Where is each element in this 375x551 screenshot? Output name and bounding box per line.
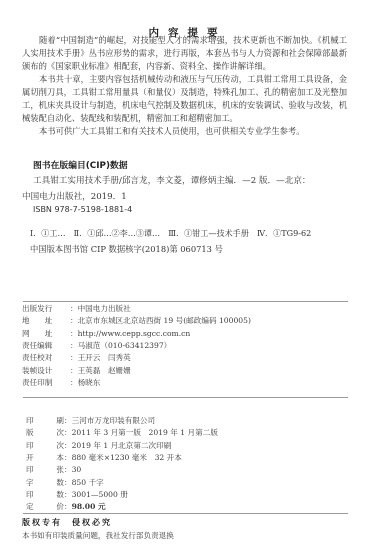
sheets-value: 30 [72,465,82,474]
word-count-value: 850 千字 [72,478,104,487]
print-supervisor-row: 责任印制：杨晓东 [22,377,100,388]
print-run-row: 印数：3001—5000 册 [26,489,128,500]
printer-row: 印刷：三河市万龙印装有限公司 [26,415,155,426]
sheets-label: 印张 [26,464,64,475]
summary-paragraph-2: 本书共十章，主要内容包括机械传动和液压与气压传动，工具钳工常用工具设备，金属切削… [22,73,347,125]
price-label: 定价 [26,501,64,512]
divider-print-info [23,397,348,398]
edition-row: 版次：2011 年 3 月第一版 2019 年 1 月第二版 [26,427,218,438]
divider-copyright [23,513,348,514]
proofreader-value: 王开云 闫秀英 [78,353,131,362]
format-value: 880 毫米×1230 毫米 32 开本 [72,453,182,462]
designer-row: 装帧设计：王英磊 赵姗姗 [22,365,131,376]
edition-value: 2011 年 3 月第一版 2019 年 1 月第二版 [72,428,218,437]
website-label: 网 址 [22,328,70,339]
publisher-row: 出版发行：中国电力出版社 [22,303,131,314]
address-row: 地 址：北京市东城区北京站西街 19 号(邮政编码 100005) [22,315,251,326]
cip-record-number: 中国版本图书馆 CIP 数据核字(2018)第 060713 号 [30,243,223,255]
cip-line-2: 中国电力出版社，2019．1 [22,190,127,202]
sheets-row: 印张：30 [26,464,81,475]
editor-value: 马淑范（010-63412397） [78,341,172,350]
price-row: 定价：98.00 元 [26,501,106,512]
cip-classification: Ⅰ．①工… Ⅱ．①邱…②李…③谭… Ⅲ．①钳工—技术手册 Ⅳ．①TG9-62 [30,228,311,239]
printer-value: 三河市万龙印装有限公司 [72,416,156,425]
summary-paragraph-1: 随着“中国制造”的崛起，对技能型人才的需求增强，技术更新也不断加快。《机械工人实… [22,34,347,73]
copyright-heading: 版权专有 侵权必究 [22,517,112,528]
print-supervisor-value: 杨晓东 [78,378,101,387]
editor-row: 责任编辑：马淑范（010-63412397） [22,340,171,351]
printing-label: 印次 [26,440,64,451]
cip-line-1: 工具钳工实用技术手册/邱言龙，李文菱，谭修炳主编．—2 版．—北京： [33,174,311,186]
address-label: 地 址 [22,315,70,326]
copyright-note: 本书如有印装质量问题，我社发行部负责退换 [22,530,174,541]
proofreader-label: 责任校对 [22,352,70,363]
website-value: http://www.cepp.sgcc.com.cn [78,329,191,338]
cip-isbn: ISBN 978-7-5198-1881-4 [33,205,132,214]
edition-label: 版次 [26,427,64,438]
printing-row: 印次：2019 年 1 月北京第二次印刷 [26,440,171,451]
print-run-label: 印数 [26,489,64,500]
address-value: 北京市东城区北京站西街 19 号(邮政编码 100005) [78,316,251,325]
word-count-row: 字数：850 千字 [26,477,104,488]
designer-label: 装帧设计 [22,365,70,376]
publisher-value: 中国电力出版社 [78,304,131,313]
divider [23,301,348,302]
print-run-value: 3001—5000 册 [72,490,128,499]
website-row: 网 址：http://www.cepp.sgcc.com.cn [22,328,190,339]
price-value: 98.00 元 [72,502,106,511]
editor-label: 责任编辑 [22,340,70,351]
cip-heading: 图书在版编目(CIP)数据 [33,158,128,171]
word-count-label: 字数 [26,477,64,488]
proofreader-row: 责任校对：王开云 闫秀英 [22,352,131,363]
print-supervisor-label: 责任印制 [22,377,70,388]
designer-value: 王英磊 赵姗姗 [78,366,131,375]
summary-paragraph-3: 本书可供广大工具钳工和有关技术人员使用，也可供相关专业学生参考。 [22,125,347,138]
publisher-label: 出版发行 [22,303,70,314]
printer-label: 印刷 [26,415,64,426]
format-row: 开本：880 毫米×1230 毫米 32 开本 [26,452,182,463]
printing-value: 2019 年 1 月北京第二次印刷 [72,441,172,450]
format-label: 开本 [26,452,64,463]
